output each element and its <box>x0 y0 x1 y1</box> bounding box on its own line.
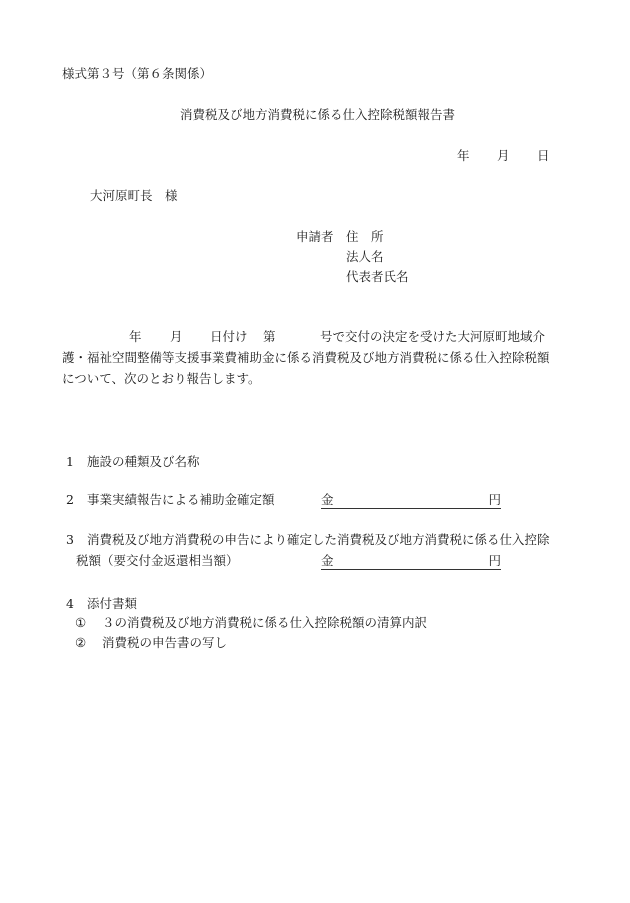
addressee: 大河原町長 様 <box>90 188 178 204</box>
confirmed-amount-field[interactable]: 金 円 <box>321 492 501 509</box>
date-day-label: 日 <box>537 148 550 164</box>
attachment-item: ３の消費税及び地方消費税に係る仕入控除税額の清算内訳 <box>102 615 427 631</box>
item-text: 消費税及び地方消費税の申告により確定した消費税及び地方消費税に係る仕入控除 <box>87 532 550 548</box>
applicant-label: 申請者 <box>296 229 334 245</box>
item-text: 施設の種類及び名称 <box>87 454 200 470</box>
document-title: 消費税及び地方消費税に係る仕入控除税額報告書 <box>180 107 455 123</box>
amount-prefix: 金 <box>321 492 334 508</box>
address-label: 住 所 <box>346 229 384 245</box>
body-line2: 護・福祉空間整備等支援事業費補助金に係る消費税及び地方消費税に係る仕入控除税額 <box>62 350 550 366</box>
representative-label: 代表者氏名 <box>346 269 409 285</box>
item-number: 2 <box>66 492 74 508</box>
form-number: 様式第３号（第６条関係） <box>62 66 212 82</box>
item-text-continued: 税額（要交付金返還相当額） <box>76 553 239 569</box>
body-day-suffix: 日付け <box>210 329 248 345</box>
date-month-label: 月 <box>497 148 510 164</box>
body-year: 年 <box>129 329 142 345</box>
amount-suffix: 円 <box>488 492 501 508</box>
refund-amount-field[interactable]: 金 円 <box>321 553 501 570</box>
amount-prefix: 金 <box>321 553 334 569</box>
date-year-label: 年 <box>457 148 470 164</box>
attachment-mark: ① <box>75 615 86 631</box>
item-number: 3 <box>66 532 74 548</box>
body-number-prefix: 第 <box>263 329 276 345</box>
item-number: 4 <box>66 596 74 612</box>
attachment-item: 消費税の申告書の写し <box>102 635 227 651</box>
body-line1-rest: 号で交付の決定を受けた大河原町地域介 <box>320 329 545 345</box>
item-text: 添付書類 <box>87 596 137 612</box>
attachment-mark: ② <box>75 635 86 651</box>
corporation-label: 法人名 <box>346 249 384 265</box>
amount-suffix: 円 <box>488 553 501 569</box>
item-number: 1 <box>66 454 74 470</box>
body-month: 月 <box>170 329 183 345</box>
item-text: 事業実績報告による補助金確定額 <box>87 492 275 508</box>
body-line3: について、次のとおり報告します。 <box>62 371 261 387</box>
